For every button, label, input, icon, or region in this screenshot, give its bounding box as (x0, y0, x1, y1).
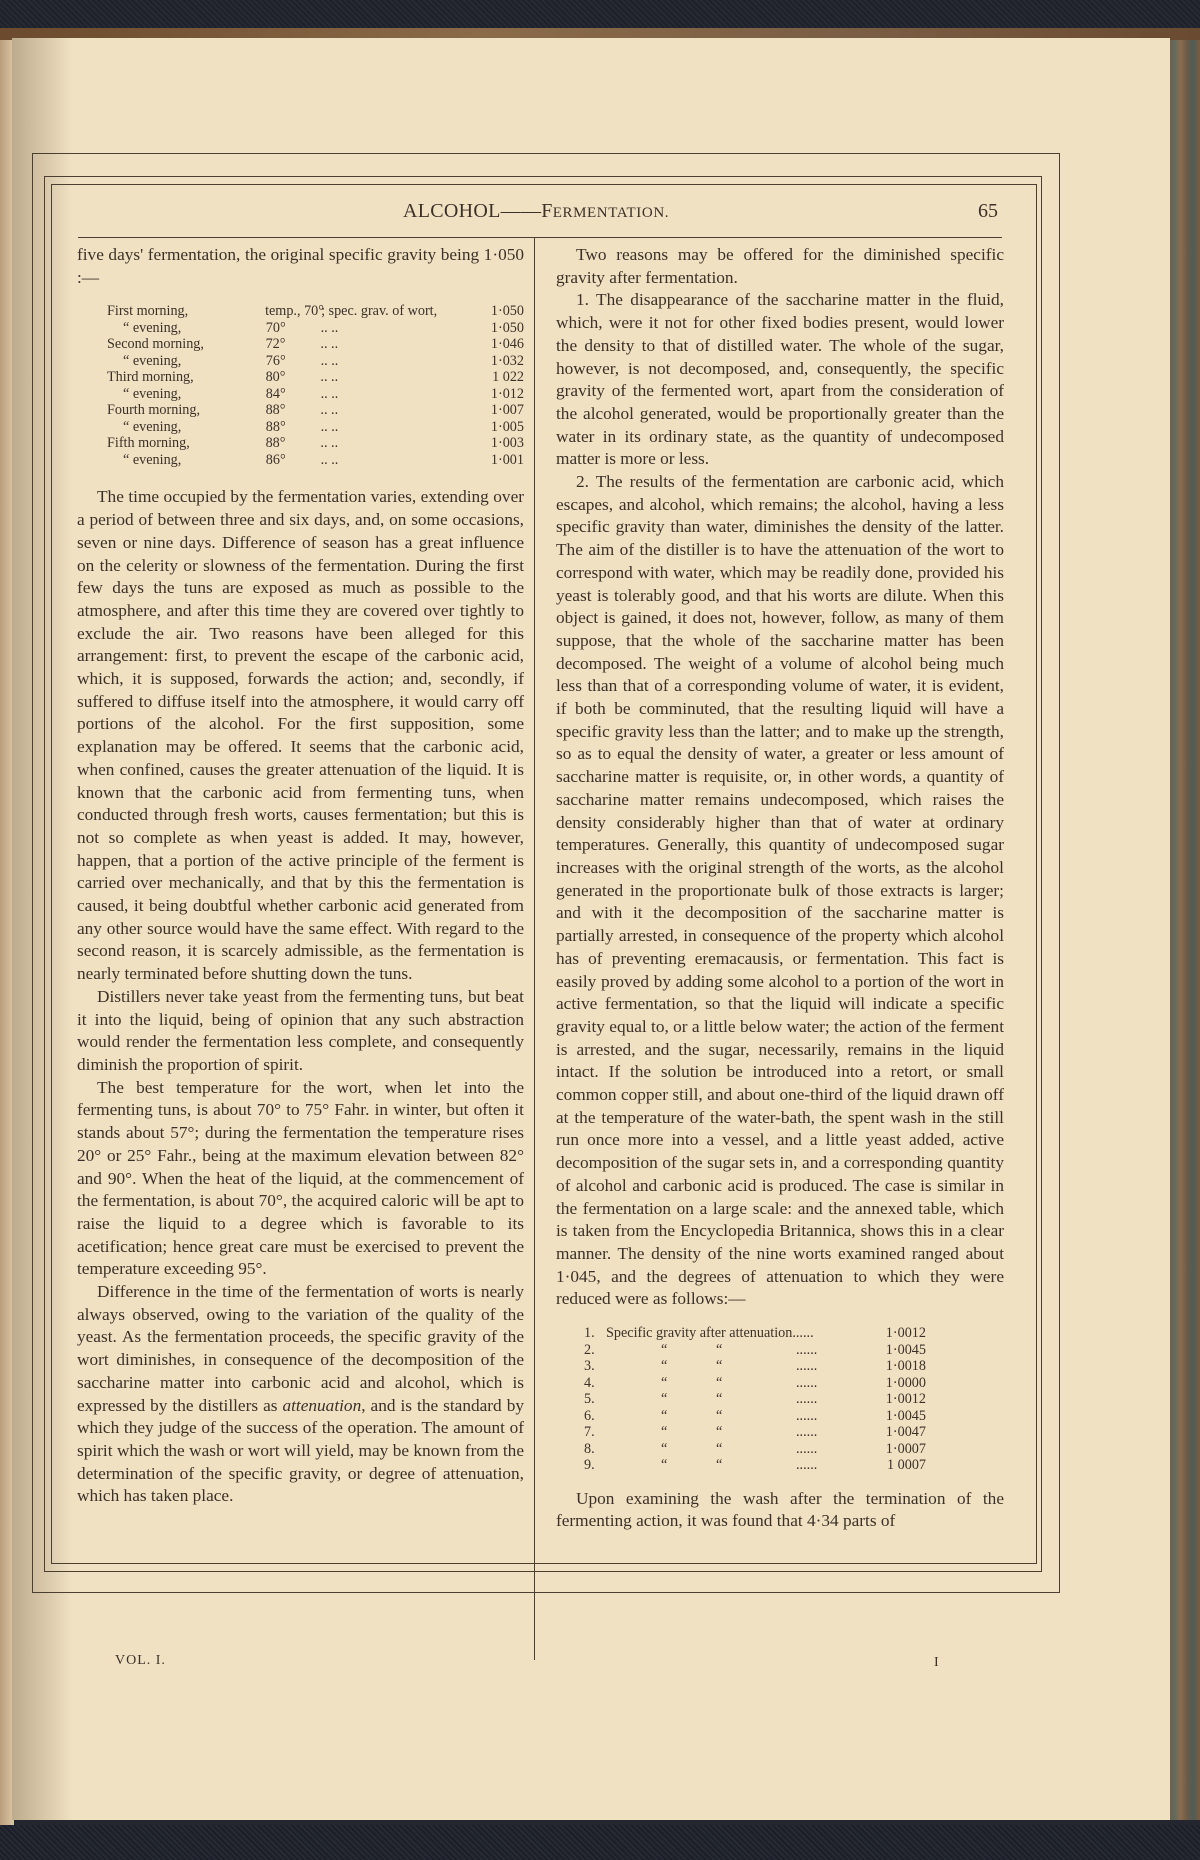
table-row: 5.““......1·0012 (584, 1391, 1004, 1408)
table-row: Third morning,80°.. ..1 022 (107, 369, 524, 386)
temp-cell: temp., 70° (265, 303, 321, 320)
table-row: “ evening,88°.. ..1·005 (107, 419, 524, 436)
paragraph-distillers-yeast: Distillers never take yeast from the fer… (77, 986, 524, 1077)
title-subject-smallcaps: ERMENTATION. (553, 205, 669, 221)
title-dash: —— (501, 200, 542, 222)
table-row: Fourth morning,88°.. ..1·007 (107, 402, 524, 419)
table-row: Fifth morning,88°.. ..1·003 (107, 435, 524, 452)
right-column: Two reasons may be offered for the dimin… (556, 244, 1004, 1533)
grav-cell: 1·050 (464, 303, 524, 320)
running-head-title: ALCOHOL——FERMENTATION. (403, 200, 669, 223)
intro-paragraph: five days' fermentation, the original sp… (77, 244, 524, 289)
book-cover-bottom (0, 1825, 1200, 1860)
fermentation-gravity-table: First morning, temp., 70° ; spec. grav. … (107, 303, 524, 468)
term-attenuation: attenuation (282, 1396, 361, 1415)
paragraph-two-reasons: Two reasons may be offered for the dimin… (556, 244, 1004, 289)
table-row: “ evening,86°.. ..1·001 (107, 452, 524, 469)
title-subject-initial: F (541, 200, 552, 222)
attenuation-table: 1.Specific gravity after attenuation....… (584, 1325, 1004, 1474)
table-row: 3.““......1·0018 (584, 1358, 1004, 1375)
page-number: 65 (978, 200, 998, 223)
table-row: 8.““......1·0007 (584, 1441, 1004, 1458)
paragraph-attenuation: Difference in the time of the fermentati… (77, 1281, 524, 1508)
paragraph-best-temperature: The best temperature for the wort, when … (77, 1077, 524, 1281)
paragraph-reason-1: 1. The disappearance of the saccharine m… (556, 289, 1004, 471)
table-row: First morning, temp., 70° ; spec. grav. … (107, 303, 524, 320)
marbled-fore-edge (1168, 40, 1200, 1820)
paragraph-reason-2: 2. The results of the fermentation are c… (556, 471, 1004, 1311)
column-divider (534, 238, 535, 1660)
signature-mark: I (934, 1655, 939, 1671)
grav-header-cell: ; spec. grav. of wort, (321, 303, 463, 320)
paragraph-wash-examination: Upon examining the wash after the termin… (556, 1488, 1004, 1533)
header-rule (78, 237, 1002, 238)
title-main: ALCOHOL (403, 200, 501, 222)
table-row: Second morning,72°.. ..1·046 (107, 336, 524, 353)
table-row: “ evening,84°.. ..1·012 (107, 386, 524, 403)
left-column: five days' fermentation, the original sp… (77, 244, 524, 1508)
table-row: 1.Specific gravity after attenuation....… (584, 1325, 1004, 1342)
table-row: 6.““......1·0045 (584, 1408, 1004, 1425)
day-cell: First morning, (107, 303, 265, 320)
table-row: 7.““......1·0047 (584, 1424, 1004, 1441)
table-row: 2.““......1·0045 (584, 1342, 1004, 1359)
table-row: 4.““......1·0000 (584, 1375, 1004, 1392)
running-head: ALCOHOL——FERMENTATION. 65 (78, 196, 1008, 230)
table-row: “ evening,70°.. ..1·050 (107, 320, 524, 337)
table-row: “ evening,76°.. ..1·032 (107, 353, 524, 370)
paragraph-fermentation-time: The time occupied by the fermentation va… (77, 486, 524, 985)
volume-mark: VOL. I. (115, 1653, 166, 1669)
table-row: 9.““......1 0007 (584, 1457, 1004, 1474)
